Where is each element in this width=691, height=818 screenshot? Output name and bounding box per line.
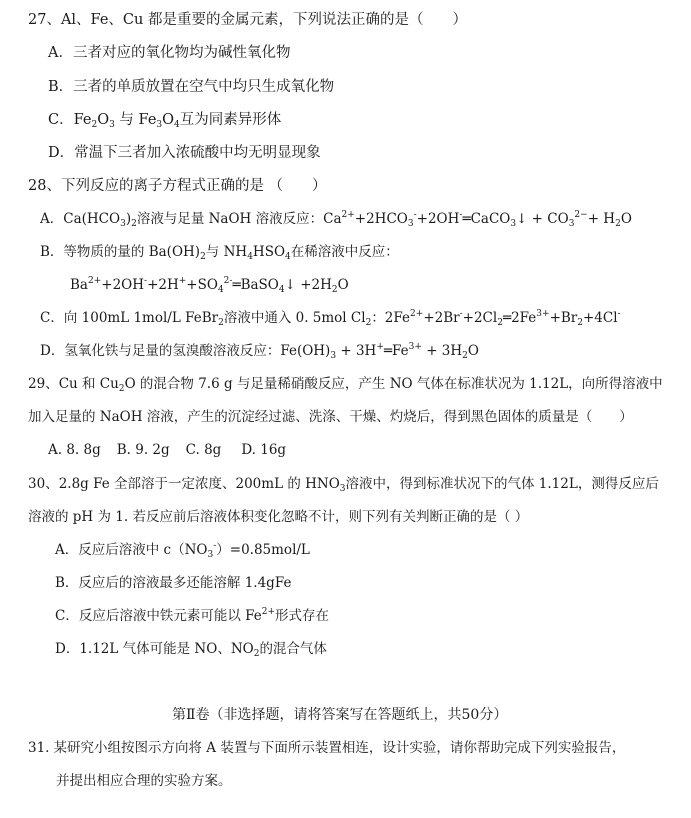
section-title: 第Ⅱ卷（非选择题，请将答案写在答题纸上，共50分） [172, 705, 507, 725]
q28-option-c: C．向 100mL 1mol/L FeBr2溶液中通入 0. 5mol Cl2：… [40, 308, 621, 328]
question-text: Al、Fe、Cu 都是重要的金属元素，下列说法正确的是（ ） [61, 12, 467, 28]
option-label: B． [48, 79, 73, 95]
q30-option-b: B．反应后的溶液最多还能溶解 1.4gFe [55, 573, 291, 593]
q29-option-a: A. 8. 8g [48, 442, 101, 458]
q28-option-b-equation: Ba2++2OH-+2H++SO42-═BaSO4↓ +2H2O [70, 275, 349, 295]
q27-option-d: D．常温下三者加入浓硫酸中均无明显现象 [48, 143, 321, 163]
q27-option-c: C．Fe2O3 与 Fe3O4互为同素异形体 [48, 110, 281, 130]
q29-options: A. 8. 8gB. 9. 2gC. 8gD. 16g [48, 440, 286, 460]
option-text: 三者的单质放置在空气中均只生成氧化物 [73, 79, 334, 95]
question-number: 27、 [28, 12, 61, 28]
q30-option-a: A．反应后溶液中 c（NO3-）=0.85mol/L [55, 540, 310, 560]
q30-option-c: C．反应后溶液中铁元素可能以 Fe2+形式存在 [55, 606, 329, 626]
q30-option-d: D．1.12L 气体可能是 NO、NO2的混合气体 [55, 639, 327, 659]
option-label: C． [48, 112, 74, 128]
question-text: 某研究小组按图示方向将 A 装置与下面所示装置相连，设计实验，请你帮助完成下列实… [53, 740, 625, 756]
question-number: 31. [28, 740, 49, 756]
option-label: A． [48, 45, 73, 61]
question-31-stem-line2: 并提出相应合理的实验方案。 [56, 771, 232, 791]
question-29-stem: 29、Cu 和 Cu2O 的混合物 7.6 g 与足量稀硝酸反应，产生 NO 气… [28, 374, 663, 394]
question-31-stem: 31.某研究小组按图示方向将 A 装置与下面所示装置相连，设计实验，请你帮助完成… [28, 738, 625, 758]
question-28-stem: 28、下列反应的离子方程式正确的是 （ ） [28, 176, 327, 196]
q29-option-d: D. 16g [241, 442, 286, 458]
question-text: 下列反应的离子方程式正确的是 （ ） [61, 178, 327, 194]
q27-option-a: A．三者对应的氧化物均为碱性氧化物 [48, 43, 290, 63]
question-27-stem: 27、Al、Fe、Cu 都是重要的金属元素，下列说法正确的是（ ） [28, 10, 467, 30]
question-number: 28、 [28, 178, 61, 194]
question-29-stem-line2: 加入足量的 NaOH 溶液，产生的沉淀经过滤、洗涤、干燥、灼烧后，得到黑色固体的… [28, 407, 633, 427]
option-text: 三者对应的氧化物均为碱性氧化物 [73, 45, 291, 61]
q28-option-d: D．氢氧化铁与足量的氢溴酸溶液反应：Fe(OH)3 + 3H+═Fe3+ + 3… [40, 341, 479, 361]
q28-option-b: B．等物质的量的 Ba(OH)2与 NH4HSO4在稀溶液中反应： [40, 242, 399, 262]
q27-option-b: B．三者的单质放置在空气中均只生成氧化物 [48, 77, 334, 97]
q29-option-c: C. 8g [186, 442, 222, 458]
question-30-stem: 30、2.8g Fe 全部溶于一定浓度、200mL 的 HNO3溶液中，得到标准… [28, 474, 659, 494]
q28-option-a: A．Ca(HCO3)2溶液与足量 NaOH 溶液反应：Ca2++2HCO3-+2… [40, 209, 632, 229]
question-30-stem-line2: 溶液的 pH 为 1. 若反应前后溶液体积变化忽略不计，则下列有关判断正确的是（… [28, 507, 528, 527]
option-text: 常温下三者加入浓硫酸中均无明显现象 [74, 145, 321, 161]
q29-option-b: B. 9. 2g [117, 442, 170, 458]
option-label: D． [48, 145, 74, 161]
